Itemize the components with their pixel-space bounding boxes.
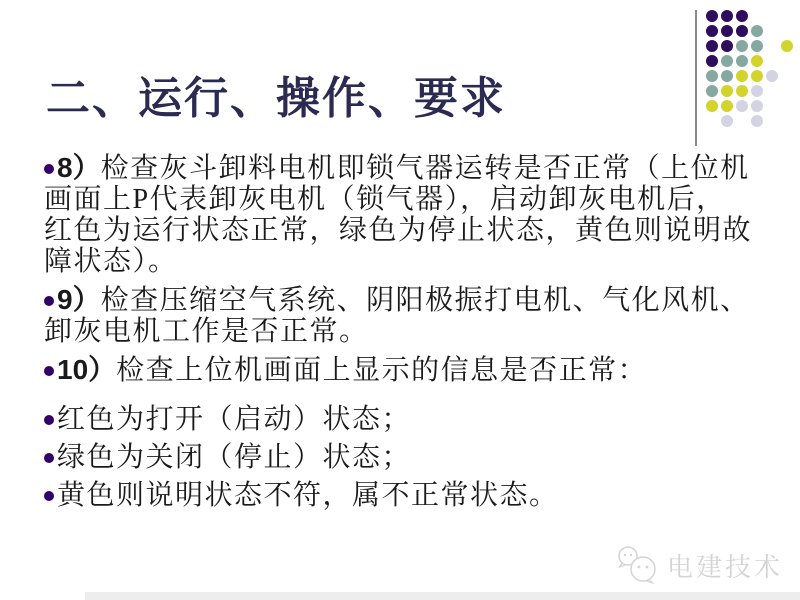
bullet-item: 10）检查上位机画面上显示的信息是否正常：	[44, 354, 764, 386]
decor-dot	[721, 25, 733, 37]
bullet-icon	[44, 453, 54, 463]
decor-dot	[751, 100, 763, 112]
decor-dot	[751, 85, 763, 97]
body-line: 绿色为关闭（停止）状态；	[44, 442, 764, 473]
watermark-label: 电建技术	[667, 547, 783, 584]
decor-dot	[706, 10, 718, 22]
bottom-strip	[85, 592, 800, 600]
bullet-icon	[44, 296, 54, 306]
bullet-item: 9）检查压缩空气系统、阴阳极振打电机、气化风机、卸灰电机工作是否正常。	[44, 284, 764, 347]
watermark: 电建技术	[615, 543, 783, 587]
decor-dot	[721, 55, 733, 67]
body-line: 10）检查上位机画面上显示的信息是否正常：	[44, 354, 764, 386]
dot-grid	[706, 10, 800, 138]
decor-dot	[751, 55, 763, 67]
decor-dot	[751, 115, 763, 127]
wechat-bubbles-icon	[615, 543, 661, 587]
decor-dot	[736, 100, 748, 112]
decor-dot	[721, 85, 733, 97]
bullet-icon	[44, 366, 54, 376]
bullet-icon	[44, 491, 54, 501]
decor-dot	[706, 25, 718, 37]
decor-dot	[706, 70, 718, 82]
decor-dot	[736, 70, 748, 82]
decor-dot	[736, 10, 748, 22]
decor-dot	[736, 40, 748, 52]
decor-dot	[766, 70, 778, 82]
bullet-icon	[44, 415, 54, 425]
body-line: 红色为运行状态正常，绿色为停止状态，黄色则说明故	[44, 215, 764, 246]
bullet-item: 红色为打开（启动）状态；	[44, 404, 764, 435]
decor-dot	[751, 25, 763, 37]
bullet-icon	[44, 164, 54, 174]
decor-dot	[736, 55, 748, 67]
body-line: 画面上P代表卸灰电机（锁气器），启动卸灰电机后，	[44, 184, 764, 215]
bullet-item: 绿色为关闭（停止）状态；	[44, 442, 764, 473]
decor-dot	[781, 40, 793, 52]
decor-dot	[721, 70, 733, 82]
divider-line	[695, 10, 697, 146]
decor-dot	[721, 40, 733, 52]
decor-dot	[721, 115, 733, 127]
slide-body: 8）检查灰斗卸料电机即锁气器运转是否正常（上位机画面上P代表卸灰电机（锁气器），…	[44, 152, 764, 511]
body-line: 黄色则说明状态不符，属不正常状态。	[44, 480, 764, 511]
decor-dot	[751, 40, 763, 52]
decor-dot	[721, 100, 733, 112]
bullet-item: 8）检查灰斗卸料电机即锁气器运转是否正常（上位机画面上P代表卸灰电机（锁气器），…	[44, 152, 764, 277]
page-title: 二、运行、操作、要求	[46, 62, 506, 126]
bullet-number: 9）	[57, 284, 101, 315]
body-line: 红色为打开（启动）状态；	[44, 404, 764, 435]
slide: 二、运行、操作、要求 8）检查灰斗卸料电机即锁气器运转是否正常（上位机画面上P代…	[0, 0, 800, 600]
bullet-number: 10）	[57, 354, 116, 385]
decor-dot	[706, 85, 718, 97]
body-line: 卸灰电机工作是否正常。	[44, 316, 764, 347]
decor-dot	[721, 10, 733, 22]
decor-dot	[736, 25, 748, 37]
body-line: 8）检查灰斗卸料电机即锁气器运转是否正常（上位机	[44, 152, 764, 184]
decor-dot	[706, 100, 718, 112]
body-line: 9）检查压缩空气系统、阴阳极振打电机、气化风机、	[44, 284, 764, 316]
decor-dot	[751, 70, 763, 82]
bullet-item: 黄色则说明状态不符，属不正常状态。	[44, 480, 764, 511]
decor-dot	[706, 40, 718, 52]
body-line: 障状态）。	[44, 246, 764, 277]
decor-dot	[736, 85, 748, 97]
decor-dot	[706, 55, 718, 67]
bullet-number: 8）	[57, 152, 101, 183]
